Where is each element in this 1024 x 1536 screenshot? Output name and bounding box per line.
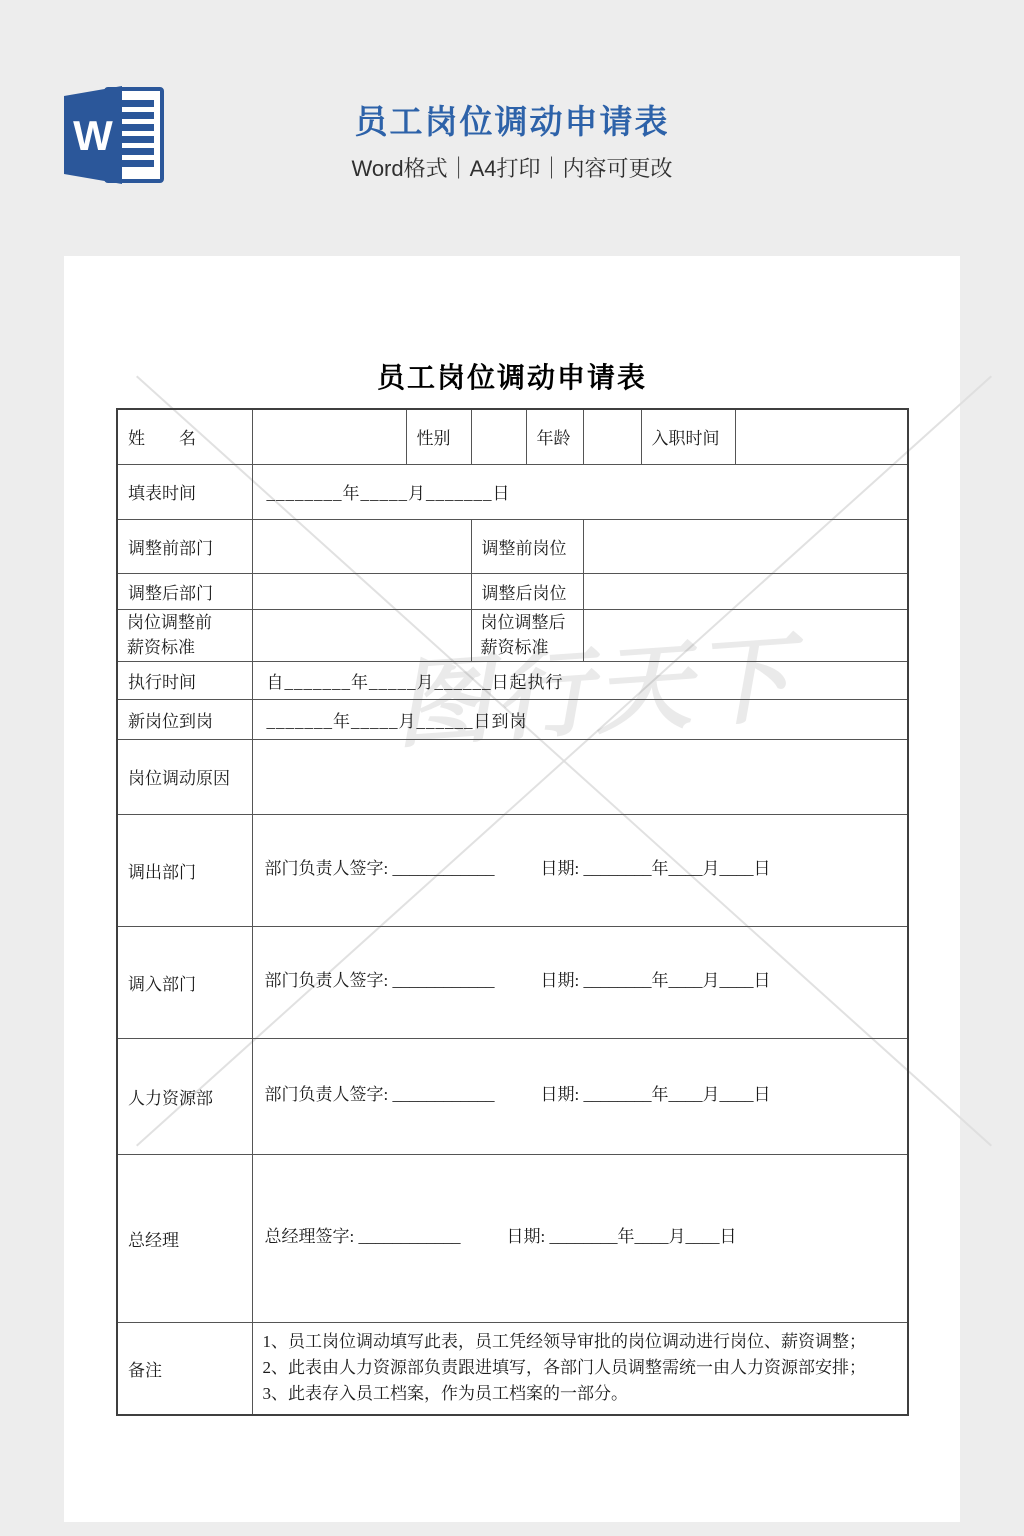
remarks-label: 备注 (117, 1322, 252, 1415)
form-title: 员工岗位调动申请表 (64, 356, 960, 396)
in-dept-label: 调入部门 (117, 926, 252, 1038)
salary-after-label: 岗位调整后 薪资标准 (471, 609, 583, 661)
before-post-label: 调整前岗位 (471, 519, 583, 573)
hr-dept-label: 人力资源部 (117, 1038, 252, 1154)
table-row-basic-info: 姓 名 性别 年龄 入职时间 (117, 409, 908, 464)
table-row-new-post: 新岗位到岗 _______年_____月______日到岗 (117, 699, 908, 739)
after-dept-field (252, 573, 471, 609)
gm-date-blank: 日期: ________年____月____日 (506, 1222, 736, 1247)
gender-label: 性别 (406, 409, 471, 464)
in-dept-sign-blank: 部门负责人签字: ____________ (265, 966, 495, 991)
after-dept-label: 调整后部门 (117, 573, 252, 609)
table-row-after-transfer: 调整后部门 调整后岗位 (117, 573, 908, 609)
table-row-salary: 岗位调整前 薪资标准 岗位调整后 薪资标准 (117, 609, 908, 661)
fill-date-blank: ________年_____月_______日 (252, 464, 908, 519)
transfer-application-table: 姓 名 性别 年龄 入职时间 填表时间 ________年_____月_____… (116, 408, 909, 1416)
out-dept-date-blank: 日期: ________年____月____日 (540, 854, 770, 879)
hire-date-label: 入职时间 (641, 409, 735, 464)
gm-label: 总经理 (117, 1154, 252, 1322)
table-row-fill-date: 填表时间 ________年_____月_______日 (117, 464, 908, 519)
before-dept-field (252, 519, 471, 573)
name-label: 姓 名 (117, 409, 252, 464)
before-dept-label: 调整前部门 (117, 519, 252, 573)
header-subtitle: Word格式｜A4打印｜内容可更改 (0, 152, 1024, 183)
age-field (583, 409, 641, 464)
new-post-blank: _______年_____月______日到岗 (252, 699, 908, 739)
table-row-reason: 岗位调动原因 (117, 739, 908, 814)
table-row-remarks: 备注 1、员工岗位调动填写此表，员工凭经领导审批的岗位调动进行岗位、薪资调整； … (117, 1322, 908, 1415)
salary-after-field (583, 609, 908, 661)
remark-line: 3、此表存入员工档案，作为员工档案的一部分。 (263, 1381, 898, 1407)
gender-field (471, 409, 526, 464)
exec-time-blank: 自_______年_____月______日起执行 (252, 661, 908, 699)
hr-dept-sign-blank: 部门负责人签字: ____________ (265, 1080, 495, 1105)
exec-time-label: 执行时间 (117, 661, 252, 699)
hire-date-field (735, 409, 908, 464)
reason-field (252, 739, 908, 814)
name-field (252, 409, 406, 464)
document-page: 图行天下 员工岗位调动申请表 姓 名 性别 年龄 入职时间 填表时间 _____… (64, 256, 960, 1522)
salary-before-field (252, 609, 471, 661)
table-row-exec-time: 执行时间 自_______年_____月______日起执行 (117, 661, 908, 699)
table-row-hr-dept: 人力资源部 部门负责人签字: ____________ 日期: ________… (117, 1038, 908, 1154)
new-post-label: 新岗位到岗 (117, 699, 252, 739)
age-label: 年龄 (526, 409, 583, 464)
before-post-field (583, 519, 908, 573)
out-dept-sign-blank: 部门负责人签字: ____________ (265, 854, 495, 879)
in-dept-signature-cell: 部门负责人签字: ____________ 日期: ________年____月… (252, 926, 908, 1038)
after-post-field (583, 573, 908, 609)
template-preview-canvas: W 员工岗位调动申请表 Word格式｜A4打印｜内容可更改 图行天下 员工岗位调… (0, 0, 1024, 1536)
table-row-out-dept: 调出部门 部门负责人签字: ____________ 日期: ________年… (117, 814, 908, 926)
out-dept-label: 调出部门 (117, 814, 252, 926)
hr-dept-date-blank: 日期: ________年____月____日 (540, 1080, 770, 1105)
header-title: 员工岗位调动申请表 (0, 96, 1024, 143)
remark-line: 1、员工岗位调动填写此表，员工凭经领导审批的岗位调动进行岗位、薪资调整； (263, 1329, 898, 1355)
gm-sign-blank: 总经理签字: ____________ (265, 1222, 461, 1247)
table-row-before-transfer: 调整前部门 调整前岗位 (117, 519, 908, 573)
in-dept-date-blank: 日期: ________年____月____日 (540, 966, 770, 991)
table-row-in-dept: 调入部门 部门负责人签字: ____________ 日期: ________年… (117, 926, 908, 1038)
reason-label: 岗位调动原因 (117, 739, 252, 814)
remark-line: 2、此表由人力资源部负责跟进填写，各部门人员调整需统一由人力资源部安排； (263, 1355, 898, 1381)
remarks-content: 1、员工岗位调动填写此表，员工凭经领导审批的岗位调动进行岗位、薪资调整； 2、此… (252, 1322, 908, 1415)
gm-signature-cell: 总经理签字: ____________ 日期: ________年____月__… (252, 1154, 908, 1322)
fill-date-label: 填表时间 (117, 464, 252, 519)
hr-dept-signature-cell: 部门负责人签字: ____________ 日期: ________年____月… (252, 1038, 908, 1154)
salary-before-label: 岗位调整前 薪资标准 (117, 609, 252, 661)
table-row-general-manager: 总经理 总经理签字: ____________ 日期: ________年___… (117, 1154, 908, 1322)
out-dept-signature-cell: 部门负责人签字: ____________ 日期: ________年____月… (252, 814, 908, 926)
after-post-label: 调整后岗位 (471, 573, 583, 609)
